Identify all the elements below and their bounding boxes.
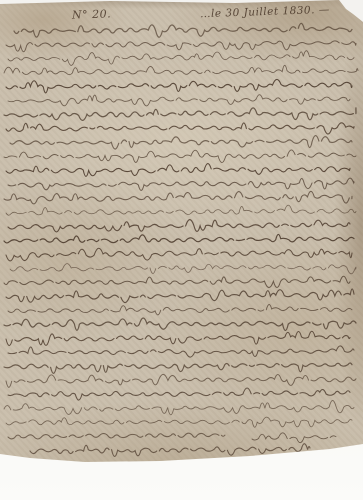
handwriting-svg <box>0 0 363 500</box>
handwriting-line <box>6 41 356 52</box>
handwriting-line <box>6 331 350 345</box>
handwriting-line <box>8 178 354 190</box>
handwriting-line <box>8 220 350 232</box>
handwriting-line <box>6 79 352 92</box>
handwriting-line <box>4 65 358 74</box>
handwriting-line <box>8 95 350 106</box>
handwriting-line <box>4 150 356 163</box>
handwriting-line <box>8 51 354 66</box>
handwriting-line <box>4 108 356 121</box>
handwriting-line <box>4 276 350 287</box>
handwriting-line <box>6 374 356 387</box>
handwriting-line <box>6 205 356 215</box>
handwriting-line <box>6 417 352 427</box>
handwriting-line <box>30 444 310 457</box>
handwriting-line <box>4 318 356 331</box>
letter-paper: N° 20. …le 30 Juillet 1830. — <box>0 0 363 500</box>
handwriting-line <box>6 123 354 134</box>
handwriting-line <box>10 136 352 149</box>
handwriting-line <box>4 191 352 204</box>
handwriting-line <box>8 388 350 400</box>
handwriting-line <box>4 400 354 414</box>
handwriting-line <box>4 363 352 373</box>
handwriting-line <box>252 433 336 443</box>
handwriting-line <box>4 234 354 243</box>
handwriting-line <box>8 304 352 314</box>
handwriting-line <box>8 346 354 357</box>
scanned-letter-page: N° 20. …le 30 Juillet 1830. — <box>0 0 363 500</box>
handwriting-line <box>10 264 356 274</box>
handwriting-line <box>8 433 225 439</box>
handwriting-line <box>6 164 350 177</box>
handwriting-line <box>6 289 354 303</box>
handwriting-line <box>6 248 352 261</box>
handwriting-line <box>14 23 352 37</box>
